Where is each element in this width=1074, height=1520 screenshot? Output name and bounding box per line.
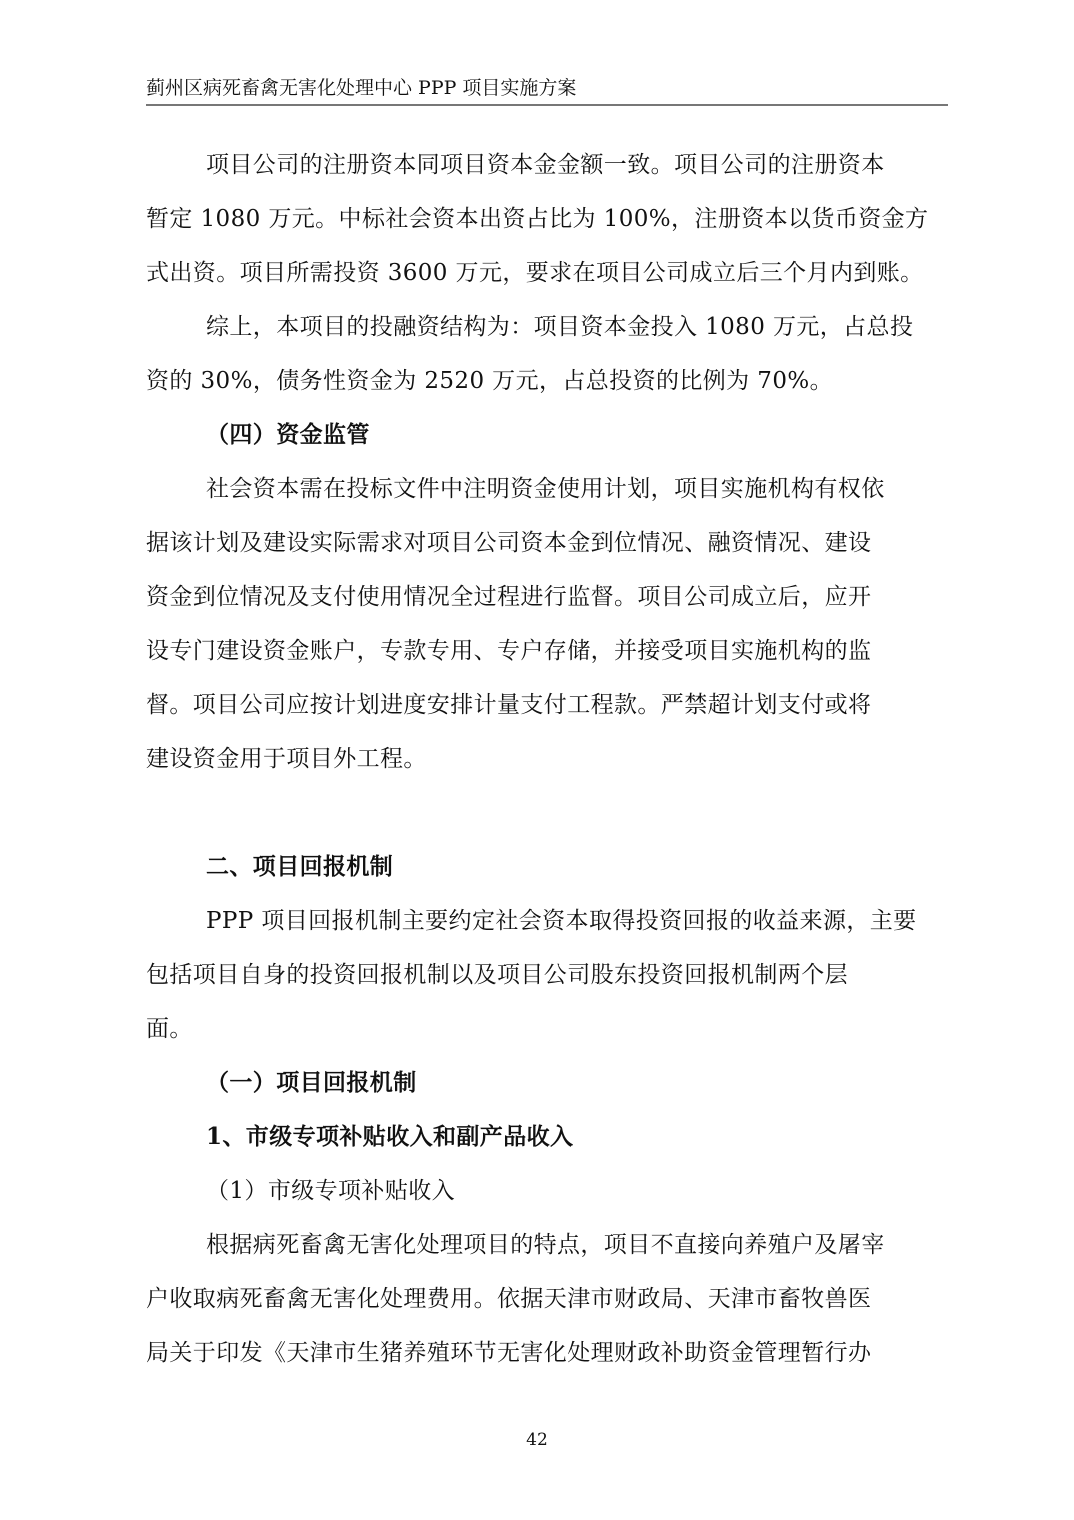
chapter-heading-return-mechanism: 二、项目回报机制 — [146, 840, 948, 894]
text-line: 项目公司的注册资本同项目资本金金额一致。项目公司的注册资本 — [146, 138, 948, 192]
text-line: 户收取病死畜禽无害化处理费用。依据天津市财政局、天津市畜牧兽医 — [146, 1272, 948, 1326]
text-line: 局关于印发《天津市生猪养殖环节无害化处理财政补助资金管理暂行办 — [146, 1326, 948, 1380]
page-number: 42 — [0, 1430, 1074, 1450]
paragraph-financing-structure: 综上，本项目的投融资结构为：项目资本金投入 1080 万元，占总投 资的 30%… — [146, 300, 948, 408]
text-line: 建设资金用于项目外工程。 — [146, 732, 948, 786]
text-line: 设专门建设资金账户，专款专用、专户存储，并接受项目实施机构的监 — [146, 624, 948, 678]
text-line: 根据病死畜禽无害化处理项目的特点，项目不直接向养殖户及屠宰 — [146, 1218, 948, 1272]
text-line: 据该计划及建设实际需求对项目公司资本金到位情况、融资情况、建设 — [146, 516, 948, 570]
text-line: 面。 — [146, 1002, 948, 1056]
text-line: 督。项目公司应按计划进度安排计量支付工程款。严禁超计划支付或将 — [146, 678, 948, 732]
text-line: PPP 项目回报机制主要约定社会资本取得投资回报的收益来源，主要 — [146, 894, 948, 948]
spacer — [146, 786, 948, 840]
text-line: 暂定 1080 万元。中标社会资本出资占比为 100%，注册资本以货币资金方 — [146, 192, 948, 246]
item-heading-municipal-subsidy: （1）市级专项补贴收入 — [146, 1164, 948, 1218]
document-body: 项目公司的注册资本同项目资本金金额一致。项目公司的注册资本 暂定 1080 万元… — [146, 138, 948, 1380]
paragraph-registered-capital: 项目公司的注册资本同项目资本金金额一致。项目公司的注册资本 暂定 1080 万元… — [146, 138, 948, 300]
section-heading-project-return: （一）项目回报机制 — [146, 1056, 948, 1110]
text-line: 综上，本项目的投融资结构为：项目资本金投入 1080 万元，占总投 — [146, 300, 948, 354]
text-line: 社会资本需在投标文件中注明资金使用计划，项目实施机构有权依 — [146, 462, 948, 516]
section-heading-fund-supervision: （四）资金监管 — [146, 408, 948, 462]
running-header: 蓟州区病死畜禽无害化处理中心 PPP 项目实施方案 — [146, 76, 948, 106]
subsection-heading-subsidy-income: 1、市级专项补贴收入和副产品收入 — [146, 1110, 948, 1164]
text-line: 资金到位情况及支付使用情况全过程进行监督。项目公司成立后，应开 — [146, 570, 948, 624]
paragraph-fund-supervision: 社会资本需在投标文件中注明资金使用计划，项目实施机构有权依 据该计划及建设实际需… — [146, 462, 948, 786]
paragraph-subsidy: 根据病死畜禽无害化处理项目的特点，项目不直接向养殖户及屠宰 户收取病死畜禽无害化… — [146, 1218, 948, 1380]
paragraph-return-mechanism: PPP 项目回报机制主要约定社会资本取得投资回报的收益来源，主要 包括项目自身的… — [146, 894, 948, 1056]
text-line: 资的 30%，债务性资金为 2520 万元，占总投资的比例为 70%。 — [146, 354, 948, 408]
text-line: 式出资。项目所需投资 3600 万元，要求在项目公司成立后三个月内到账。 — [146, 246, 948, 300]
text-line: 包括项目自身的投资回报机制以及项目公司股东投资回报机制两个层 — [146, 948, 948, 1002]
